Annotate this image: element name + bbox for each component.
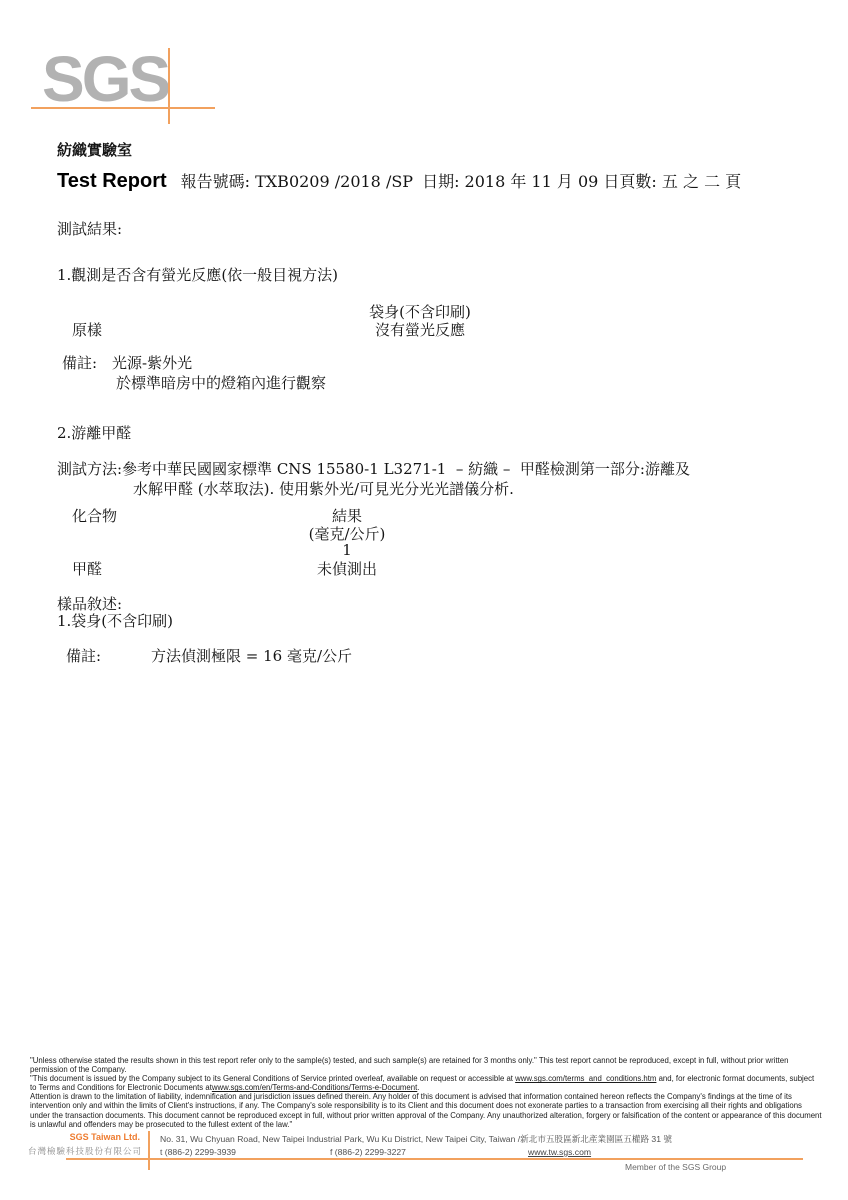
terms-e-document-link[interactable]: www.sgs.com/en/Terms-and-Conditions/Term… [212,1083,417,1092]
results-heading: 測試結果: [57,218,122,239]
method-line2: 水解甲醛 (水萃取法). 使用紫外光/可見光分光光譜儀分析. [133,478,514,499]
terms-conditions-link[interactable]: www.sgs.com/terms_and_conditions.htm [515,1074,656,1083]
page-title: Test Report [57,170,167,193]
note1-observation: 於標準暗房中的燈箱內進行觀察 [116,372,326,393]
disclaimer-para2-end: . [417,1083,419,1092]
company-fax: f (886-2) 2299-3227 [330,1147,406,1157]
test-report-page: SGS 紡織實驗室 Test Report 報告號碼: TXB0209 /201… [0,0,848,1200]
fluorescence-result: 沒有螢光反應 [320,319,520,340]
logo-crosshair-hline [31,107,215,109]
report-number: 報告號碼: TXB0209 /2018 /SP [181,169,413,192]
note1-light-source: 光源-紫外光 [112,352,192,373]
note1-label: 備註: [62,352,97,373]
sample-number: 1 [247,541,447,559]
section1-title: 1.觀測是否含有螢光反應(依一般目視方法) [57,264,338,285]
compound-name: 甲醛 [72,558,102,579]
sgs-logo-text: SGS [42,50,168,108]
compound-column-header: 化合物 [72,505,117,526]
disclaimer-para3: Attention is drawn to the limitation of … [30,1092,822,1128]
company-tel: t (886-2) 2299-3939 [160,1147,236,1157]
compound-result: 未偵測出 [247,558,447,579]
report-pages: 頁數: 五 之 二 頁 [619,169,741,192]
note2-label: 備註: [66,645,101,666]
report-date: 日期: 2018 年 11 月 09 日 [422,169,619,192]
detection-limit: 方法偵測極限 = 16 毫克/公斤 [151,645,352,666]
disclaimer-para1: "Unless otherwise stated the results sho… [30,1056,822,1074]
disclaimer-block: "Unless otherwise stated the results sho… [30,1056,822,1129]
sgs-group-member-text: Member of the SGS Group [625,1162,726,1172]
title-row: Test Report 報告號碼: TXB0209 /2018 /SP 日期: … [57,169,741,193]
company-name-en: SGS Taiwan Ltd. [28,1132,140,1142]
method-line1: 測試方法:參考中華民國國家標準 CNS 15580-1 L3271-1 – 紡織… [57,458,690,479]
footer-rule-hline [66,1158,803,1160]
footer-divider-vline [148,1131,150,1170]
logo-crosshair-vline [168,48,170,124]
lab-name: 紡織實驗室 [57,139,132,160]
sample-desc-item: 1.袋身(不含印刷) [57,610,173,631]
disclaimer-para2: "This document is issued by the Company … [30,1074,822,1092]
row-label-original-sample: 原樣 [72,319,102,340]
section2-title: 2.游離甲醛 [57,422,131,443]
disclaimer-para2-pre: "This document is issued by the Company … [30,1074,515,1083]
company-website-link[interactable]: www.tw.sgs.com [528,1147,591,1157]
company-address: No. 31, Wu Chyuan Road, New Taipei Indus… [160,1133,672,1145]
company-name-zh: 台灣檢驗科技股份有限公司 [28,1145,140,1157]
